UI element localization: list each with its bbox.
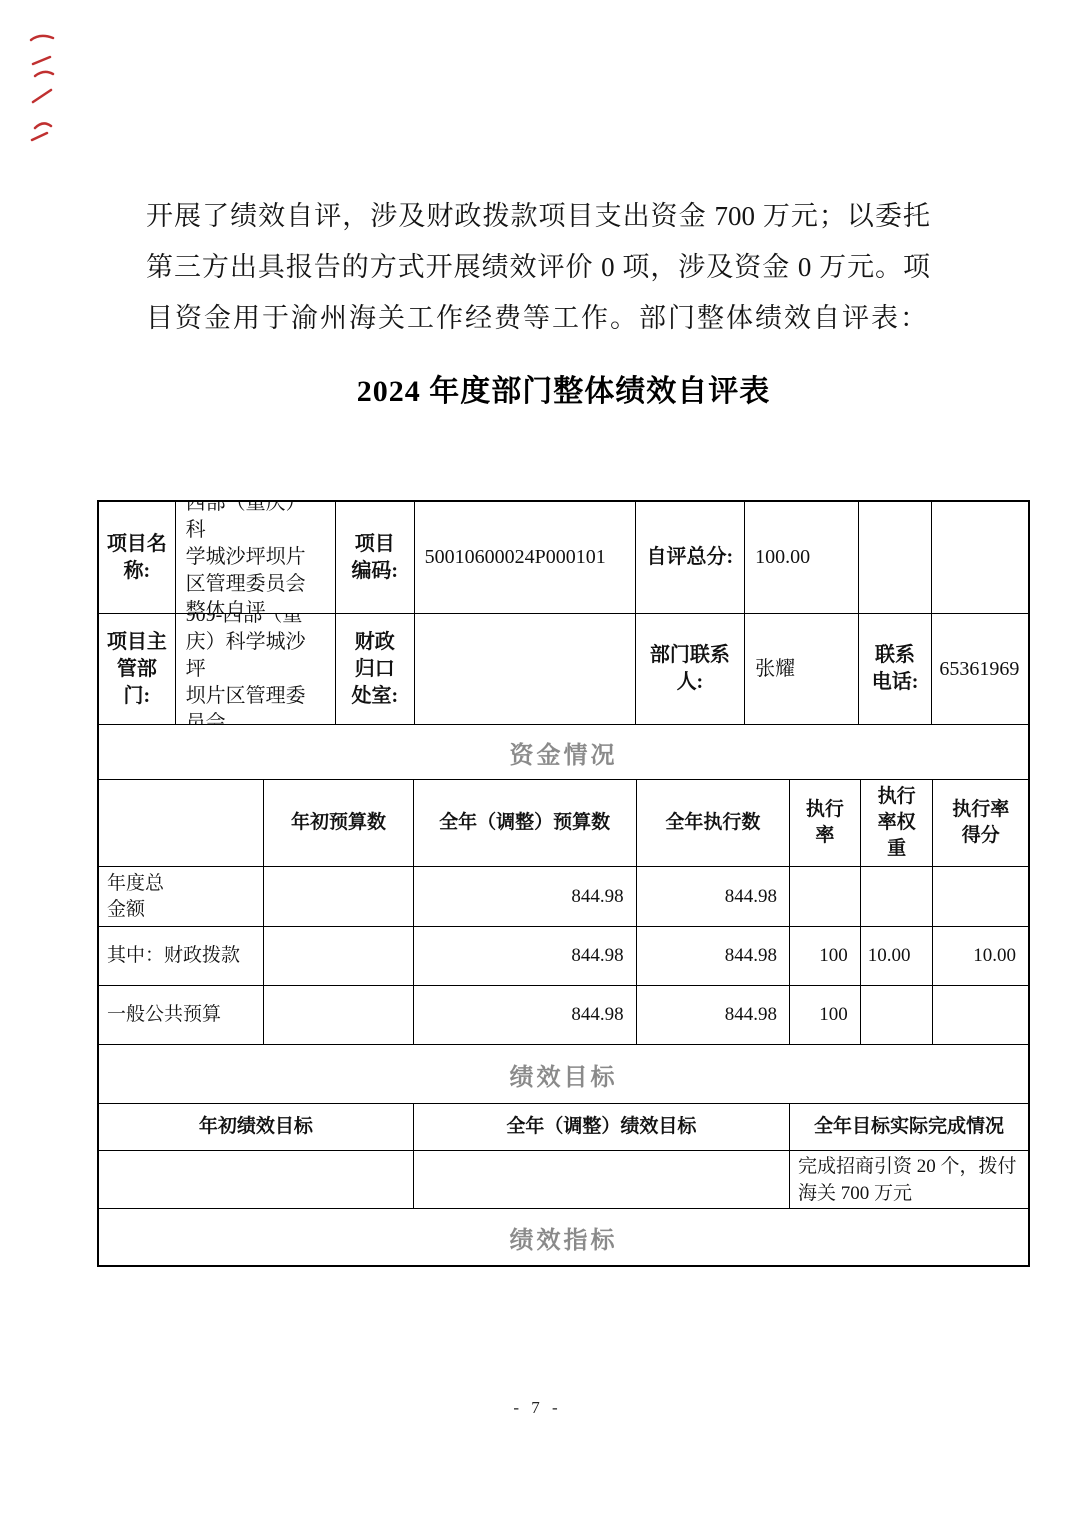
funding-header-row: 年初预算数 全年（调整）预算数 全年执行数 执行 率 执行 率权 重 执行率 得… xyxy=(99,780,1028,867)
fiscal-score: 10.00 xyxy=(933,927,1028,985)
goals-initial-value xyxy=(99,1151,414,1208)
supervisor-dept-value: 909-西部（重 庆）科学城沙坪 坝片区管理委 员会 xyxy=(176,614,336,724)
funding-header-rate: 执行 率 xyxy=(790,780,861,866)
goals-header-adjusted: 全年（调整）绩效目标 xyxy=(414,1104,790,1150)
annual-total-executed: 844.98 xyxy=(637,867,790,926)
self-score-value: 100.00 xyxy=(745,502,859,613)
annual-total-initial xyxy=(264,867,413,926)
general-rate: 100 xyxy=(790,986,861,1044)
funding-header-adjusted: 全年（调整）预算数 xyxy=(414,780,637,866)
general-score xyxy=(933,986,1028,1044)
funding-row-fiscal: 其中：财政拨款 844.98 844.98 100 10.00 10.00 xyxy=(99,927,1028,986)
page-title: 2024 年度部门整体绩效自评表 xyxy=(97,366,1030,410)
goals-header-initial: 年初绩效目标 xyxy=(99,1104,414,1150)
paragraph-line-3: 目资金用于渝州海关工作经费等工作。部门整体绩效自评表： xyxy=(146,293,930,344)
fiscal-label: 其中：财政拨款 xyxy=(99,927,264,985)
project-code-label: 项目 编码: xyxy=(336,502,415,613)
project-name-label: 项目名 称: xyxy=(99,502,176,613)
indicators-section-title: 绩效指标 xyxy=(99,1209,1028,1265)
funding-header-executed: 全年执行数 xyxy=(637,780,790,866)
fiscal-initial xyxy=(264,927,413,985)
funding-row-general: 一般公共预算 844.98 844.98 100 xyxy=(99,986,1028,1045)
general-weight xyxy=(861,986,934,1044)
finance-office-label: 财政 归口 处室: xyxy=(336,614,415,724)
goals-header-completion: 全年目标实际完成情况 xyxy=(790,1104,1028,1150)
annual-total-label: 年度总 金额 xyxy=(99,867,264,926)
self-evaluation-table: 项目名 称: 西部（重庆）科 学城沙坪坝片 区管理委员会 整体自评 项目 编码:… xyxy=(97,500,1030,1267)
fiscal-executed: 844.98 xyxy=(637,927,790,985)
info-row-project: 项目名 称: 西部（重庆）科 学城沙坪坝片 区管理委员会 整体自评 项目 编码:… xyxy=(99,502,1028,614)
funding-section-row: 资金情况 xyxy=(99,725,1028,780)
goals-adjusted-value xyxy=(414,1151,790,1208)
supervisor-dept-label: 项目主 管部 门: xyxy=(99,614,176,724)
fiscal-rate: 100 xyxy=(790,927,861,985)
funding-row-annual-total: 年度总 金额 844.98 844.98 xyxy=(99,867,1028,927)
general-adjusted: 844.98 xyxy=(414,986,637,1044)
body-paragraph: 开展了绩效自评，涉及财政拨款项目支出资金 700 万元；以委托 第三方出具报告的… xyxy=(146,191,930,344)
annual-total-score xyxy=(933,867,1028,926)
fiscal-weight: 10.00 xyxy=(861,927,934,985)
funding-header-blank xyxy=(99,780,264,866)
paragraph-line-1: 开展了绩效自评，涉及财政拨款项目支出资金 700 万元；以委托 xyxy=(146,191,930,242)
goals-header-row: 年初绩效目标 全年（调整）绩效目标 全年目标实际完成情况 xyxy=(99,1104,1028,1151)
general-executed: 844.98 xyxy=(637,986,790,1044)
funding-header-rate-score: 执行率 得分 xyxy=(933,780,1028,866)
project-name-value: 西部（重庆）科 学城沙坪坝片 区管理委员会 整体自评 xyxy=(176,502,336,613)
margin-annotation-marks xyxy=(26,30,60,142)
contact-phone-value: 65361969 xyxy=(932,614,1028,724)
funding-section-title: 资金情况 xyxy=(99,725,1028,779)
info-row1-empty-1 xyxy=(859,502,933,613)
funding-header-rate-weight: 执行 率权 重 xyxy=(861,780,934,866)
indicators-section-row: 绩效指标 xyxy=(99,1209,1028,1265)
general-initial xyxy=(264,986,413,1044)
info-row-department: 项目主 管部 门: 909-西部（重 庆）科学城沙坪 坝片区管理委 员会 财政 … xyxy=(99,614,1028,725)
fiscal-adjusted: 844.98 xyxy=(414,927,637,985)
page-number: - 7 - xyxy=(0,1398,1075,1418)
project-code-value: 50010600024P000101 xyxy=(415,502,636,613)
annual-total-adjusted: 844.98 xyxy=(414,867,637,926)
contact-person-label: 部门联系 人: xyxy=(636,614,746,724)
annual-total-rate xyxy=(790,867,861,926)
goals-section-title: 绩效目标 xyxy=(99,1045,1028,1103)
finance-office-value xyxy=(415,614,636,724)
self-score-label: 自评总分: xyxy=(636,502,745,613)
contact-phone-label: 联系 电话: xyxy=(859,614,933,724)
goals-section-row: 绩效目标 xyxy=(99,1045,1028,1104)
goals-completion-value: 完成招商引资 20 个，拨付 海关 700 万元 xyxy=(790,1151,1028,1208)
document-page: 开展了绩效自评，涉及财政拨款项目支出资金 700 万元；以委托 第三方出具报告的… xyxy=(0,0,1075,1520)
funding-header-initial: 年初预算数 xyxy=(264,780,413,866)
info-row1-empty-2 xyxy=(932,502,1028,613)
annual-total-weight xyxy=(861,867,934,926)
paragraph-line-2: 第三方出具报告的方式开展绩效评价 0 项，涉及资金 0 万元。项 xyxy=(146,242,930,293)
goals-data-row: 完成招商引资 20 个，拨付 海关 700 万元 xyxy=(99,1151,1028,1209)
contact-person-value: 张耀 xyxy=(745,614,859,724)
general-label: 一般公共预算 xyxy=(99,986,264,1044)
